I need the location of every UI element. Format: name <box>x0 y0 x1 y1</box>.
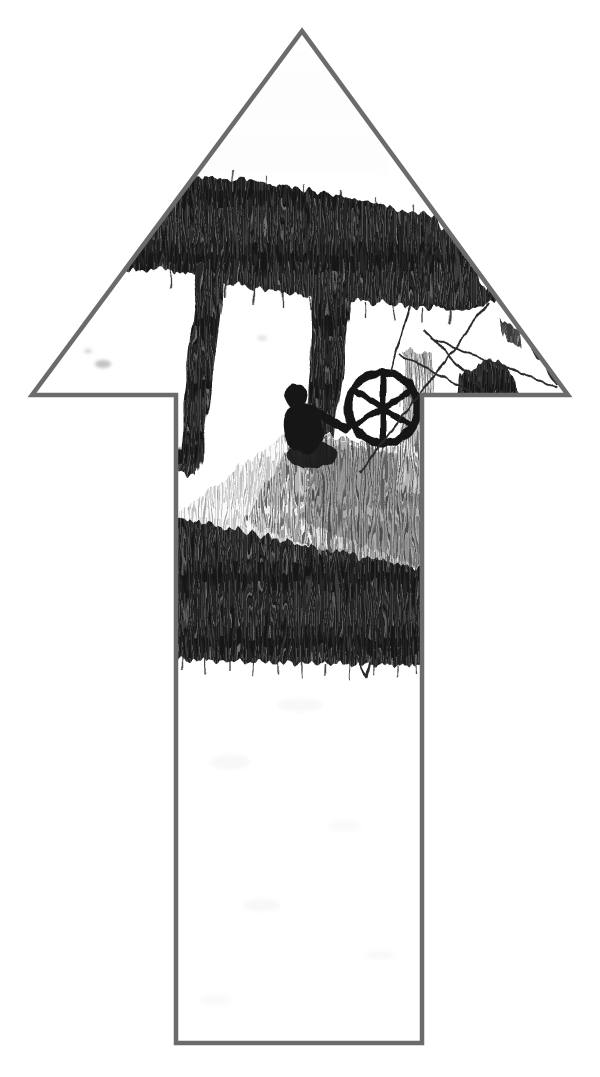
arrow-graphic: Large upward-pointing arrow outlined in … <box>0 0 600 1077</box>
biplane-sketch-layer <box>0 0 600 1077</box>
up-arrow-sketch-svg: Large upward-pointing arrow outlined in … <box>0 0 600 1077</box>
